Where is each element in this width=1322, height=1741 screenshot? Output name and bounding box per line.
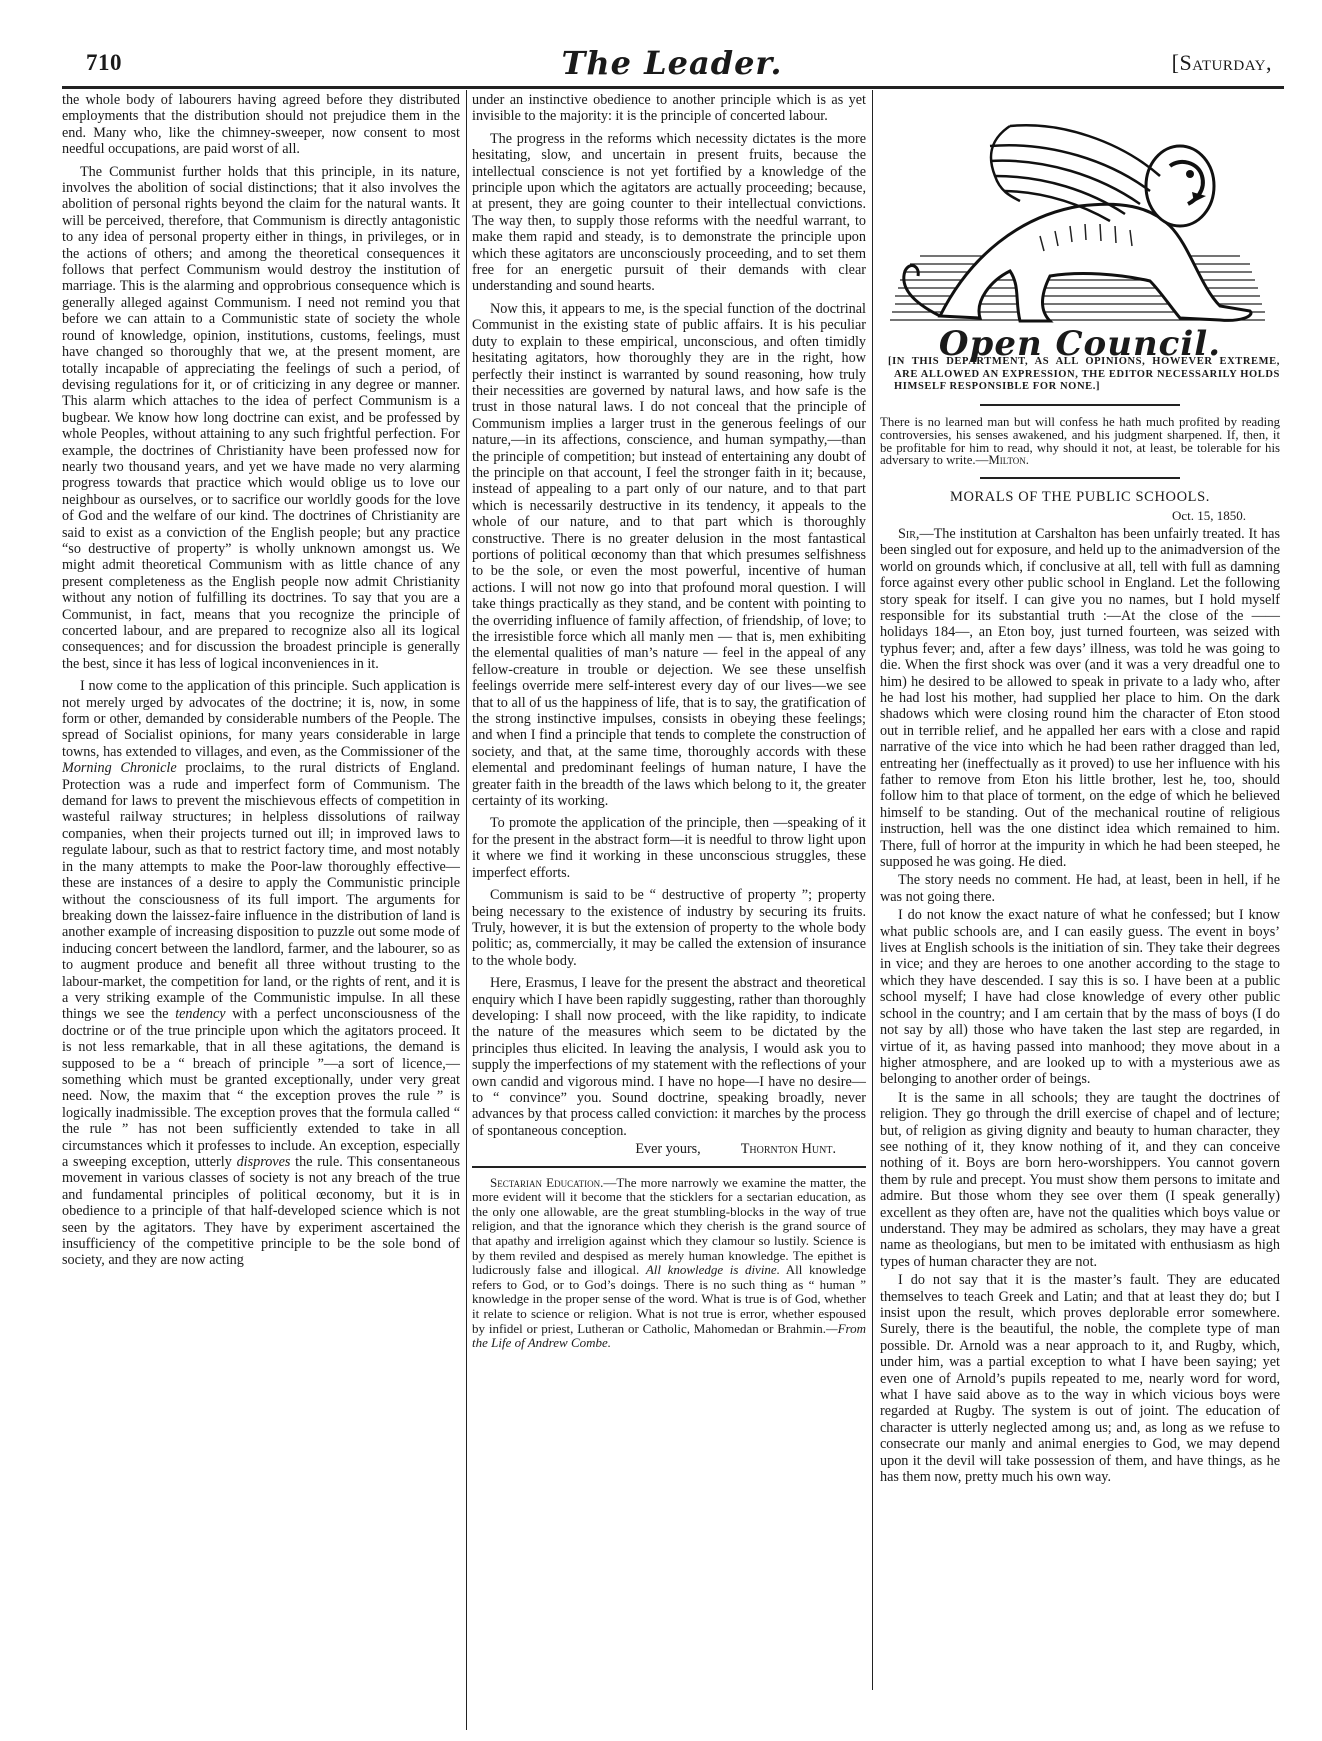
closing: Ever yours, <box>635 1141 700 1157</box>
column-divider <box>872 90 873 1690</box>
section-rule <box>472 1166 866 1168</box>
paragraph: To promote the application of the princi… <box>472 815 866 881</box>
editorial-note: [In this department, as all opinions, ho… <box>880 356 1280 394</box>
newspaper-title: The Leader. <box>62 44 1282 82</box>
column-divider <box>466 90 467 1730</box>
paragraph: the whole body of labourers having agree… <box>62 92 460 158</box>
article-date: Oct. 15, 1850. <box>880 508 1246 524</box>
text-run: I now come to the application of this pr… <box>62 678 460 760</box>
paragraph: Now this, it appears to me, is the speci… <box>472 301 866 810</box>
text-run: —The institution at Carshalton has been … <box>880 526 1280 870</box>
epigraph-text: There is no learned man but will confess… <box>880 415 1280 467</box>
paragraph: It is the same in all schools; they are … <box>880 1090 1280 1270</box>
section-rule <box>980 477 1180 479</box>
masthead: 710 The Leader. [Saturday, <box>62 44 1282 84</box>
emphasis: disproves <box>237 1154 291 1170</box>
right-column: Open Council. [In this department, as al… <box>880 92 1280 1485</box>
text-run: proclaims, to the rural districts of Eng… <box>62 760 460 1022</box>
epigraph-author: Milton. <box>988 453 1029 467</box>
winged-lion-illustration <box>880 96 1280 336</box>
paragraph: Sir,—The institution at Carshalton has b… <box>880 526 1280 871</box>
text-run: the rule. This consentaneous movement in… <box>62 1154 460 1268</box>
section-title: Open Council. <box>880 336 1280 352</box>
letter-signoff: Ever yours,Thornton Hunt. <box>472 1141 836 1157</box>
left-column: the whole body of labourers having agree… <box>62 92 460 1269</box>
paragraph-application: I now come to the application of this pr… <box>62 678 460 1269</box>
salutation: Sir, <box>898 526 919 542</box>
sectarian-education-item: Sectarian Education.—The more narrowly w… <box>472 1176 866 1351</box>
author-name: Thornton Hunt. <box>741 1141 836 1157</box>
epigraph: There is no learned man but will confess… <box>880 416 1280 467</box>
paragraph: I do not know the exact nature of what h… <box>880 907 1280 1087</box>
item-heading: Sectarian Education. <box>490 1175 603 1190</box>
paragraph: under an instinctive obedience to anothe… <box>472 92 866 125</box>
paragraph: The progress in the reforms which necess… <box>472 131 866 295</box>
emphasis: tendency <box>175 1006 225 1022</box>
middle-column: under an instinctive obedience to anothe… <box>472 92 866 1351</box>
newspaper-name: Morning Chronicle <box>62 760 177 776</box>
paragraph: The Communist further holds that this pr… <box>62 164 460 673</box>
emphasis: All knowledge is divine. <box>646 1262 780 1277</box>
text-run: with a perfect unconsciousness of the do… <box>62 1006 460 1170</box>
masthead-rule <box>62 86 1284 89</box>
paragraph: Communism is said to be “ destructive of… <box>472 887 866 969</box>
paragraph: I do not say that it is the master’s fau… <box>880 1272 1280 1485</box>
issue-day: [Saturday, <box>1172 50 1272 76</box>
article-heading: Morals of the Public Schools. <box>880 489 1280 505</box>
section-rule <box>980 404 1180 406</box>
paragraph: Here, Erasmus, I leave for the present t… <box>472 975 866 1139</box>
paragraph: The story needs no comment. He had, at l… <box>880 872 1280 905</box>
